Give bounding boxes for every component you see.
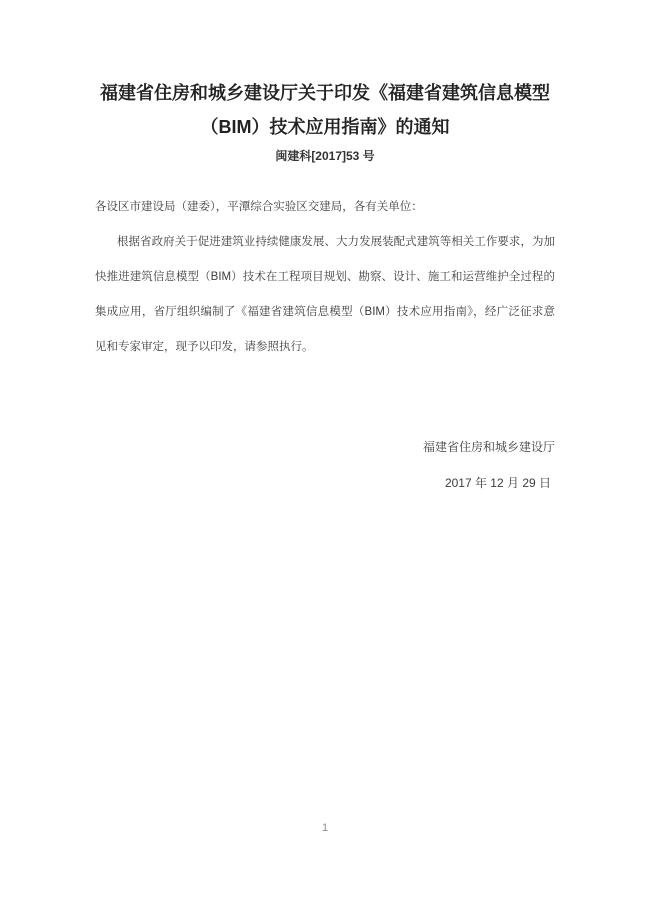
page-number: 1 — [0, 822, 650, 834]
document-title: 福建省住房和城乡建设厅关于印发《福建省建筑信息模型 （BIM）技术应用指南》的通… — [95, 76, 555, 144]
document-title-line-2: （BIM）技术应用指南》的通知 — [95, 110, 555, 144]
document-page: 福建省住房和城乡建设厅关于印发《福建省建筑信息模型 （BIM）技术应用指南》的通… — [0, 0, 650, 919]
signature-block: 福建省住房和城乡建设厅 2017 年 12 月 29 日 — [95, 429, 555, 501]
document-content: 福建省住房和城乡建设厅关于印发《福建省建筑信息模型 （BIM）技术应用指南》的通… — [0, 0, 650, 501]
body-paragraph: 根据省政府关于促进建筑业持续健康发展、大力发展装配式建筑等相关工作要求，为加快推… — [95, 225, 555, 365]
signature-organization: 福建省住房和城乡建设厅 — [95, 429, 555, 465]
document-title-line-1: 福建省住房和城乡建设厅关于印发《福建省建筑信息模型 — [95, 76, 555, 110]
signature-date: 2017 年 12 月 29 日 — [95, 465, 555, 501]
salutation-line: 各设区市建设局（建委），平潭综合实验区交建局，各有关单位： — [95, 190, 555, 225]
document-body: 各设区市建设局（建委），平潭综合实验区交建局，各有关单位： 根据省政府关于促进建… — [95, 190, 555, 365]
document-number: 闽建科[2017]53 号 — [95, 144, 555, 168]
